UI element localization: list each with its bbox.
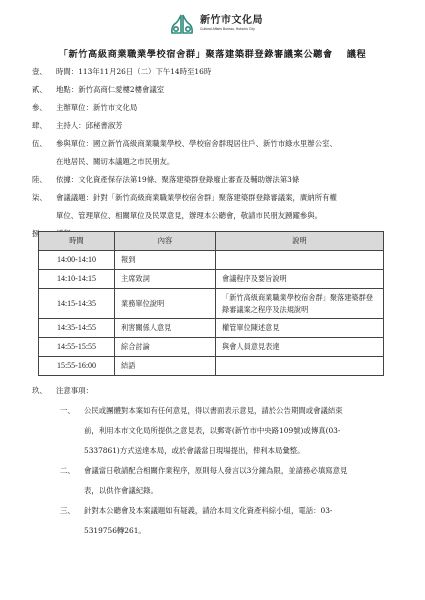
section-marker: 壹、 (32, 63, 56, 81)
cell-description: 會議程序及要旨說明 (216, 270, 384, 289)
section-marker: 貳、 (32, 81, 56, 99)
note-line: 公民或團體對本案如有任何意見，得以書面表示意見，請於公告期間或會議結束 (84, 401, 392, 421)
section-label: 會議議題： (56, 193, 93, 202)
section-label: 主辦單位： (56, 103, 93, 112)
section-host: 肆、 主持人：邱秘書淑芳 (32, 117, 392, 135)
cell-description (216, 251, 384, 270)
table-row: 15:55-16:00 結語 (39, 357, 384, 376)
note-marker: 二、 (60, 461, 84, 501)
section-value: 新竹市文化局 (93, 103, 137, 112)
cell-content: 主席致詞 (115, 270, 216, 289)
note-line: 表，以供作會議紀錄。 (84, 481, 392, 501)
section-participants-cont: 在地居民、關切本議題之市民朋友。 (32, 153, 392, 171)
section-marker: 參、 (32, 99, 56, 117)
org-logo: 新竹市文化局 Cultural Affairs Bureau, Hsinchu … (170, 14, 263, 34)
section-participants: 伍、 參與單位：國立新竹高級商業職業學校、學校宿舍群現居住戶、新竹市綠水里辦公室… (32, 135, 392, 153)
section-organizer: 參、 主辦單位：新竹市文化局 (32, 99, 392, 117)
section-label: 主持人： (56, 121, 86, 130)
section-value: 邱秘書淑芳 (86, 121, 123, 130)
section-basis: 陸、 依據：文化資產保存法第19條、聚落建築群登錄廢止審查及輔助辦法第3條 (32, 171, 392, 189)
info-sections: 壹、 時間：113年11月26日（二）下午14時至16時 貳、 地點：新竹高商仁… (32, 63, 392, 243)
section-value: 113年11月26日（二）下午14時至16時 (78, 67, 211, 76)
note-item: 三、 針對本公聽會及本案議題如有疑義，請洽本局文化資產科綜小組，電話：03- 5… (32, 501, 392, 541)
cell-content: 結語 (115, 357, 216, 376)
section-marker: 陸、 (32, 171, 56, 189)
cell-description: 與會人員意見表達 (216, 338, 384, 357)
agenda-table: 時間 內容 說明 14:00-14:10 報到 14:10-14:15 主席致詞… (38, 231, 384, 376)
section-value: 針對「新竹高級商業職業學校宿舍群」聚落建築群登錄審議案，廣納所有權 (93, 193, 337, 202)
column-header-description: 說明 (216, 232, 384, 251)
table-row: 14:00-14:10 報到 (39, 251, 384, 270)
cell-time: 14:55-15:55 (39, 338, 115, 357)
note-item: 一、 公民或團體對本案如有任何意見，得以書面表示意見，請於公告期間或會議結束 前… (32, 401, 392, 461)
section-label: 參與單位： (56, 139, 93, 148)
cell-content: 綜合討論 (115, 338, 216, 357)
hsinchu-cultural-bureau-logo-icon (170, 14, 194, 34)
org-name: 新竹市文化局 (200, 16, 263, 26)
section-time: 壹、 時間：113年11月26日（二）下午14時至16時 (32, 63, 392, 81)
cell-content: 利害關係人意見 (115, 319, 216, 338)
cell-time: 14:00-14:10 (39, 251, 115, 270)
section-value: 文化資產保存法第19條、聚落建築群登錄廢止審查及輔助辦法第3條 (78, 175, 299, 184)
org-subtitle: Cultural Affairs Bureau, Hsinchu City (200, 28, 263, 31)
document-title: 「新竹高級商業職業學校宿舍群」聚落建築群登錄審議案公聽會議程 (0, 46, 425, 60)
note-line: 針對本公聽會及本案議題如有疑義，請洽本局文化資產科綜小組，電話：03- (84, 501, 392, 521)
note-marker: 三、 (60, 501, 84, 541)
table-row: 14:10-14:15 主席致詞 會議程序及要旨說明 (39, 270, 384, 289)
section-location: 貳、 地點：新竹高商仁愛樓2樓會議室 (32, 81, 392, 99)
notes-section: 玖、 注意事項： 一、 公民或團體對本案如有任何意見，得以書面表示意見，請於公告… (32, 381, 392, 541)
section-value: 新竹高商仁愛樓2樓會議室 (78, 85, 164, 94)
section-value: 國立新竹高級商業職業學校、學校宿舍群現居住戶、新竹市綠水里辦公室、 (93, 139, 337, 148)
note-item: 二、 會議當日敬請配合相關作業程序，原則每人發言以3分鐘為限，並請務必填寫意見 … (32, 461, 392, 501)
section-label: 依據： (56, 175, 78, 184)
cell-content: 報到 (115, 251, 216, 270)
table-row: 14:15-14:35 業務單位說明 「新竹高級商業職業學校宿舍群」聚落建築群登… (39, 289, 384, 319)
cell-content: 業務單位說明 (115, 289, 216, 319)
cell-description (216, 357, 384, 376)
column-header-content: 內容 (115, 232, 216, 251)
note-line: 5319756轉261。 (84, 521, 392, 541)
note-marker: 一、 (60, 401, 84, 461)
note-line: 會議當日敬請配合相關作業程序，原則每人發言以3分鐘為限，並請務必填寫意見 (84, 461, 392, 481)
section-marker: 玖、 (32, 381, 56, 401)
cell-time: 14:15-14:35 (39, 289, 115, 319)
section-marker: 肆、 (32, 117, 56, 135)
table-row: 14:35-14:55 利害關係人意見 權管單位陳述意見 (39, 319, 384, 338)
cell-description: 「新竹高級商業職業學校宿舍群」聚落建築群登錄審議案之程序及法規說明 (216, 289, 384, 319)
section-label: 注意事項： (56, 381, 392, 401)
section-topic-cont: 單位、管理單位、相關單位及民眾意見，辦理本公聽會，敬請市民朋友踴躍參與。 (32, 207, 392, 225)
cell-time: 14:35-14:55 (39, 319, 115, 338)
title-main: 「新竹高級商業職業學校宿舍群」聚落建築群登錄審議案公聽會 (59, 49, 333, 60)
column-header-time: 時間 (39, 232, 115, 251)
cell-time: 14:10-14:15 (39, 270, 115, 289)
section-marker: 柒、 (32, 189, 56, 207)
document-page: 新竹市文化局 Cultural Affairs Bureau, Hsinchu … (0, 0, 425, 600)
cell-description: 權管單位陳述意見 (216, 319, 384, 338)
cell-time: 15:55-16:00 (39, 357, 115, 376)
note-line: 5337861)方式送達本局，或於會議當日現場提出，俾利本局彙整。 (84, 441, 392, 461)
section-label: 地點： (56, 85, 78, 94)
notes-heading: 玖、 注意事項： (32, 381, 392, 401)
section-marker: 伍、 (32, 135, 56, 153)
section-label: 時間： (56, 67, 78, 76)
title-suffix: 議程 (347, 49, 367, 60)
table-row: 14:55-15:55 綜合討論 與會人員意見表達 (39, 338, 384, 357)
section-topic: 柒、 會議議題：針對「新竹高級商業職業學校宿舍群」聚落建築群登錄審議案，廣納所有… (32, 189, 392, 207)
table-header-row: 時間 內容 說明 (39, 232, 384, 251)
note-line: 前，利用本市文化局所提供之意見表，以郵寄(新竹市中央路109號)或傳真(03- (84, 421, 392, 441)
